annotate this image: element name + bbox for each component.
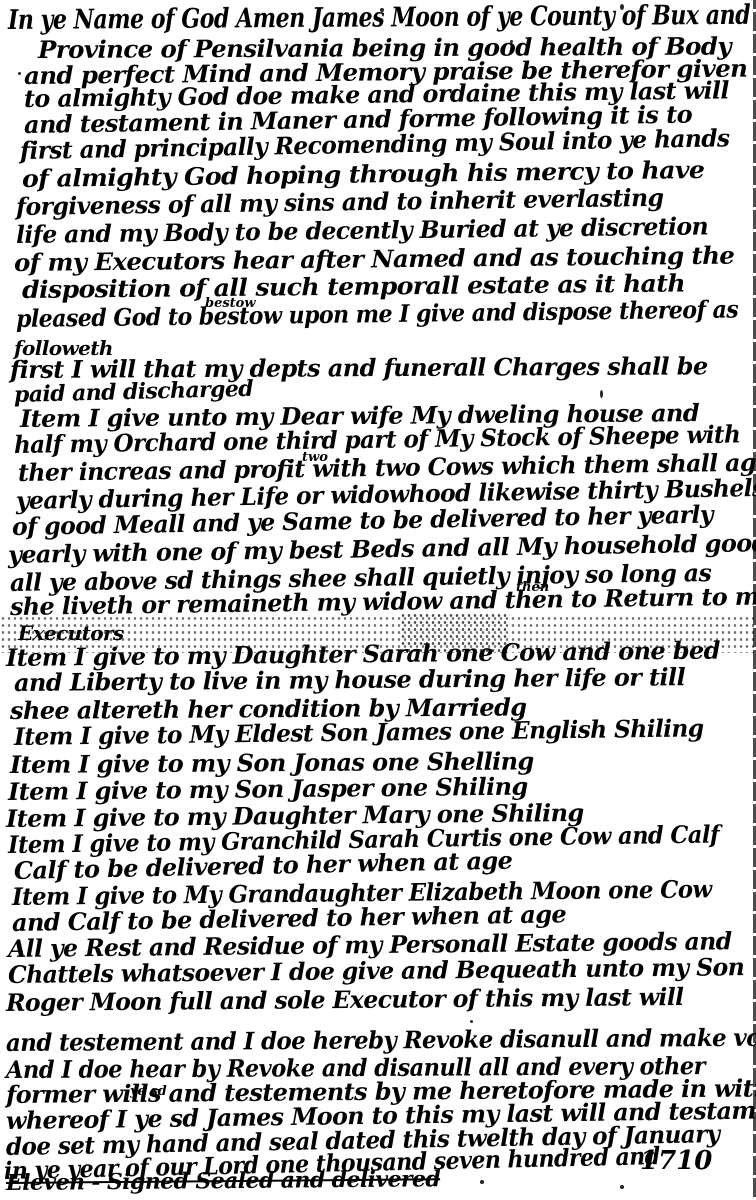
document-date: 1710	[640, 1146, 712, 1176]
interlinear-note: then	[516, 580, 549, 595]
ink-speck	[730, 10, 733, 14]
document-line-1: In ye Name of God Amen James Moon of ye …	[8, 1, 750, 36]
signature-line: Eleven - Signed Sealed and delivered	[6, 1164, 440, 1198]
ink-speck	[620, 4, 624, 10]
ink-speck	[470, 1020, 473, 1023]
document-line-38: Roger Moon full and sole Executor of thi…	[6, 982, 684, 1018]
interlinear-note: two	[302, 450, 328, 465]
line-text: In ye Name of God Amen James Moon of ye …	[8, 1, 750, 36]
ink-speck	[380, 8, 384, 12]
ink-speck	[480, 1180, 484, 1184]
will-document-page: In ye Name of God Amen James Moon of ye …	[0, 0, 756, 1200]
ink-speck	[18, 72, 21, 75]
document-line-26: and Liberty to live in my house during h…	[14, 662, 685, 698]
interlinear-note: ye sd	[130, 1084, 167, 1099]
ink-speck	[600, 390, 603, 398]
ink-speck	[470, 12, 473, 17]
ink-speck	[510, 40, 513, 43]
interlinear-note: bestow	[205, 296, 256, 311]
ink-speck	[620, 1185, 624, 1189]
